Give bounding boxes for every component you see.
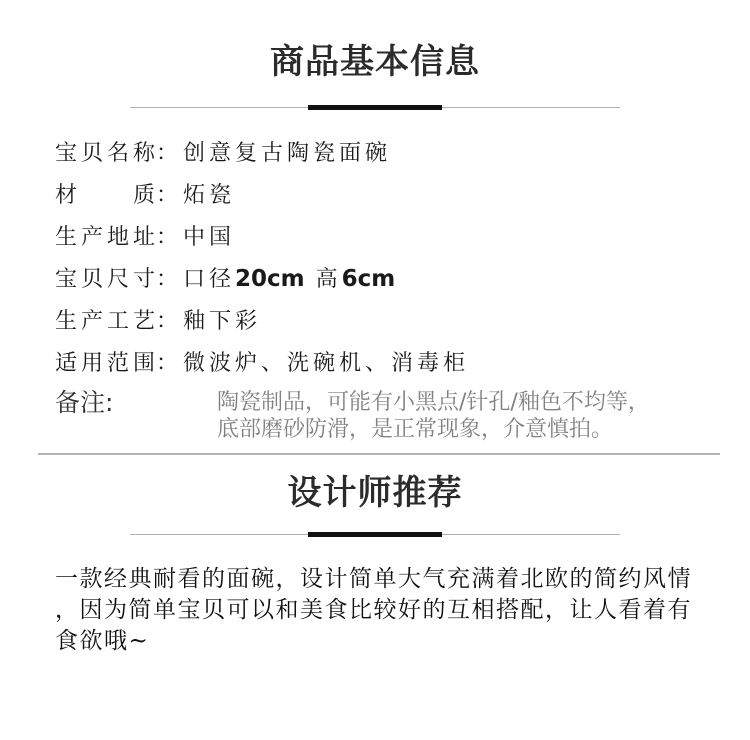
info-label: 宝贝尺寸 <box>55 262 155 293</box>
size-height-value: 6cm <box>342 266 396 292</box>
info-label: 生产地址 <box>55 220 155 251</box>
designer-title: 设计师推荐 <box>0 473 750 514</box>
size-diameter-value: 20cm <box>235 266 305 292</box>
info-colon: ： <box>156 304 178 335</box>
info-value: 口径20cm 高6cm <box>183 262 395 293</box>
info-value: 微波炉、洗碗机、消毒柜 <box>183 346 469 377</box>
info-colon: ： <box>156 178 178 209</box>
product-info-page: 商品基本信息 宝贝名称：创意复古陶瓷面碗 材质：炻瓷 生产地址：中国 宝贝尺寸：… <box>0 0 750 740</box>
remark-line-1: 陶瓷制品，可能有小黑点/针孔/釉色不均等， <box>217 389 702 416</box>
info-value: 炻瓷 <box>183 178 235 209</box>
remark-text: 陶瓷制品，可能有小黑点/针孔/釉色不均等， 底部磨砂防滑，是正常现象，介意慎拍。 <box>217 389 702 443</box>
underline-black-bar <box>308 105 442 110</box>
title-underline <box>130 105 620 111</box>
section-basic-info: 商品基本信息 宝贝名称：创意复古陶瓷面碗 材质：炻瓷 生产地址：中国 宝贝尺寸：… <box>0 42 750 455</box>
remark-row: 备注: 陶瓷制品，可能有小黑点/针孔/釉色不均等， 底部磨砂防滑，是正常现象，介… <box>0 389 750 443</box>
info-row-material: 材质：炻瓷 <box>55 173 750 215</box>
info-value: 中国 <box>183 220 235 251</box>
section-designer: 设计师推荐 一款经典耐看的面碗，设计简单大气充满着北欧的简约风情，因为简单宝贝可… <box>0 473 750 657</box>
info-list: 宝贝名称：创意复古陶瓷面碗 材质：炻瓷 生产地址：中国 宝贝尺寸：口径20cm … <box>0 131 750 383</box>
designer-paragraph: 一款经典耐看的面碗，设计简单大气充满着北欧的简约风情，因为简单宝贝可以和美食比较… <box>55 564 705 657</box>
info-label: 生产工艺 <box>55 304 155 335</box>
info-row-name: 宝贝名称：创意复古陶瓷面碗 <box>55 131 750 173</box>
info-label: 材质 <box>55 178 155 209</box>
underline-black-bar <box>308 532 442 537</box>
info-label: 宝贝名称 <box>55 136 155 167</box>
info-row-usage: 适用范围：微波炉、洗碗机、消毒柜 <box>55 341 750 383</box>
basic-info-title: 商品基本信息 <box>0 42 750 83</box>
info-row-size: 宝贝尺寸：口径20cm 高6cm <box>55 257 750 299</box>
info-label: 适用范围 <box>55 346 155 377</box>
remark-label: 备注: <box>55 389 217 443</box>
info-colon: ： <box>156 220 178 251</box>
info-value: 釉下彩 <box>183 304 261 335</box>
title-underline <box>130 532 620 538</box>
info-colon: ： <box>156 262 178 293</box>
remark-line-2: 底部磨砂防滑，是正常现象，介意慎拍。 <box>217 416 702 443</box>
size-text: 高 <box>305 267 342 292</box>
section-divider <box>38 453 720 455</box>
info-row-craft: 生产工艺：釉下彩 <box>55 299 750 341</box>
info-row-origin: 生产地址：中国 <box>55 215 750 257</box>
size-text: 口径 <box>183 267 235 292</box>
info-colon: ： <box>156 346 178 377</box>
info-value: 创意复古陶瓷面碗 <box>183 136 391 167</box>
info-colon: ： <box>156 136 178 167</box>
